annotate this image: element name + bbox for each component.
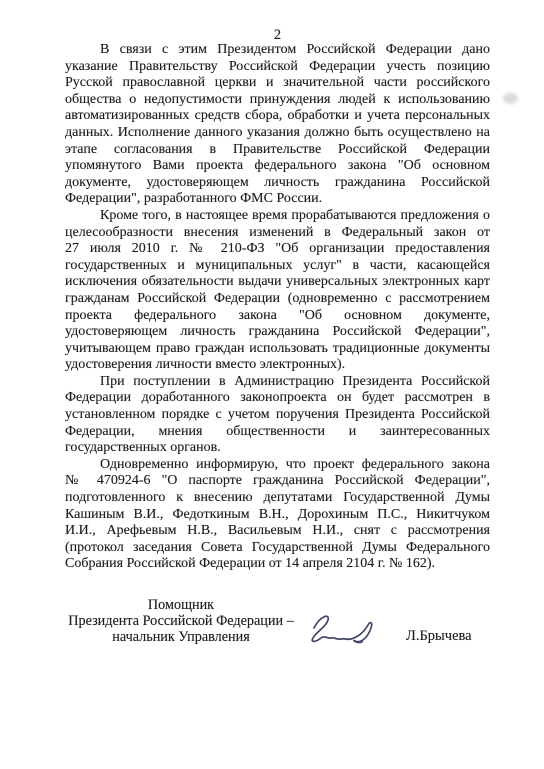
text-line: Федерации, мнения общественности и заинт… <box>65 424 490 441</box>
text-line: данных. Исполнение данного указания долж… <box>65 125 490 142</box>
text-line: целесообразности внесения изменений в Фе… <box>65 225 490 242</box>
text-line: указание Правительству Российской Федера… <box>65 59 490 76</box>
text-line: государственных и муниципальных услуг" в… <box>65 258 490 275</box>
text-line: Кашиным В.И., Федоткиным В.Н., Дорохиным… <box>65 507 490 524</box>
text-line: И.И., Арефьевым Н.В., Васильевым Н.И., с… <box>65 523 490 540</box>
text-line: удостоверения личности вместо электронны… <box>65 357 490 374</box>
text-line: установленном порядке с учетом поручения… <box>65 407 490 424</box>
text-line: Одновременно информирую, что проект феде… <box>65 457 490 474</box>
text-line: 27 июля 2010 г. № 210-ФЗ "Об организации… <box>65 241 490 258</box>
text-line: Кроме того, в настоящее время прорабатыв… <box>65 208 490 225</box>
paragraph: При поступлении в Администрацию Президен… <box>65 374 490 457</box>
text-line: удостоверяющем личность гражданина Росси… <box>65 324 490 341</box>
signature-title-line: Помощник <box>55 597 307 613</box>
signature-title-line: Президента Российской Федерации – <box>55 613 307 629</box>
paragraph: Одновременно информирую, что проект феде… <box>65 457 490 573</box>
text-line: государственных органов. <box>65 440 490 457</box>
text-line: Федерации доработанного законопроекта он… <box>65 390 490 407</box>
document-text: В связи с этим Президентом Российской Фе… <box>65 42 490 573</box>
paragraph: В связи с этим Президентом Российской Фе… <box>65 42 490 208</box>
text-line: Русской православной церкви и значительн… <box>65 75 490 92</box>
text-line: (протокол заседания Совета Государственн… <box>65 540 490 557</box>
text-line: Федерации", разработанного ФМС России. <box>65 191 490 208</box>
signature-title-line: начальник Управления <box>55 629 307 645</box>
text-line: документе, удостоверяющем личность гражд… <box>65 175 490 192</box>
handwritten-signature-icon <box>300 608 385 660</box>
text-line: подготовленного к внесению депутатами Го… <box>65 490 490 507</box>
text-line: гражданам Российской Федерации (одноврем… <box>65 291 490 308</box>
text-line: общества о недопустимости принуждения лю… <box>65 92 490 109</box>
text-line: В связи с этим Президентом Российской Фе… <box>65 42 490 59</box>
text-line: исключения обязательности выдачи универс… <box>65 274 490 291</box>
text-line: учитывающем право граждан использовать т… <box>65 341 490 358</box>
signature-block: ПомощникПрезидента Российской Федерации … <box>55 597 307 646</box>
text-line: При поступлении в Администрацию Президен… <box>65 374 490 391</box>
text-line: Собрания Российской Федерации от 14 апре… <box>65 556 490 573</box>
text-line: проекта федерального закона "Об основном… <box>65 308 490 325</box>
text-line: автоматизированных средств сбора, обрабо… <box>65 108 490 125</box>
signatory-name: Л.Брычева <box>406 628 472 645</box>
scan-artifact <box>503 93 518 104</box>
text-line: упомянутого Вами проекта федерального за… <box>65 158 490 175</box>
text-line: № 470924-6 "О паспорте гражданина Россий… <box>65 473 490 490</box>
document-page: 2 В связи с этим Президентом Российской … <box>0 0 544 769</box>
paragraph: Кроме того, в настоящее время прорабатыв… <box>65 208 490 374</box>
text-line: этапе согласования в Правительстве Росси… <box>65 142 490 159</box>
